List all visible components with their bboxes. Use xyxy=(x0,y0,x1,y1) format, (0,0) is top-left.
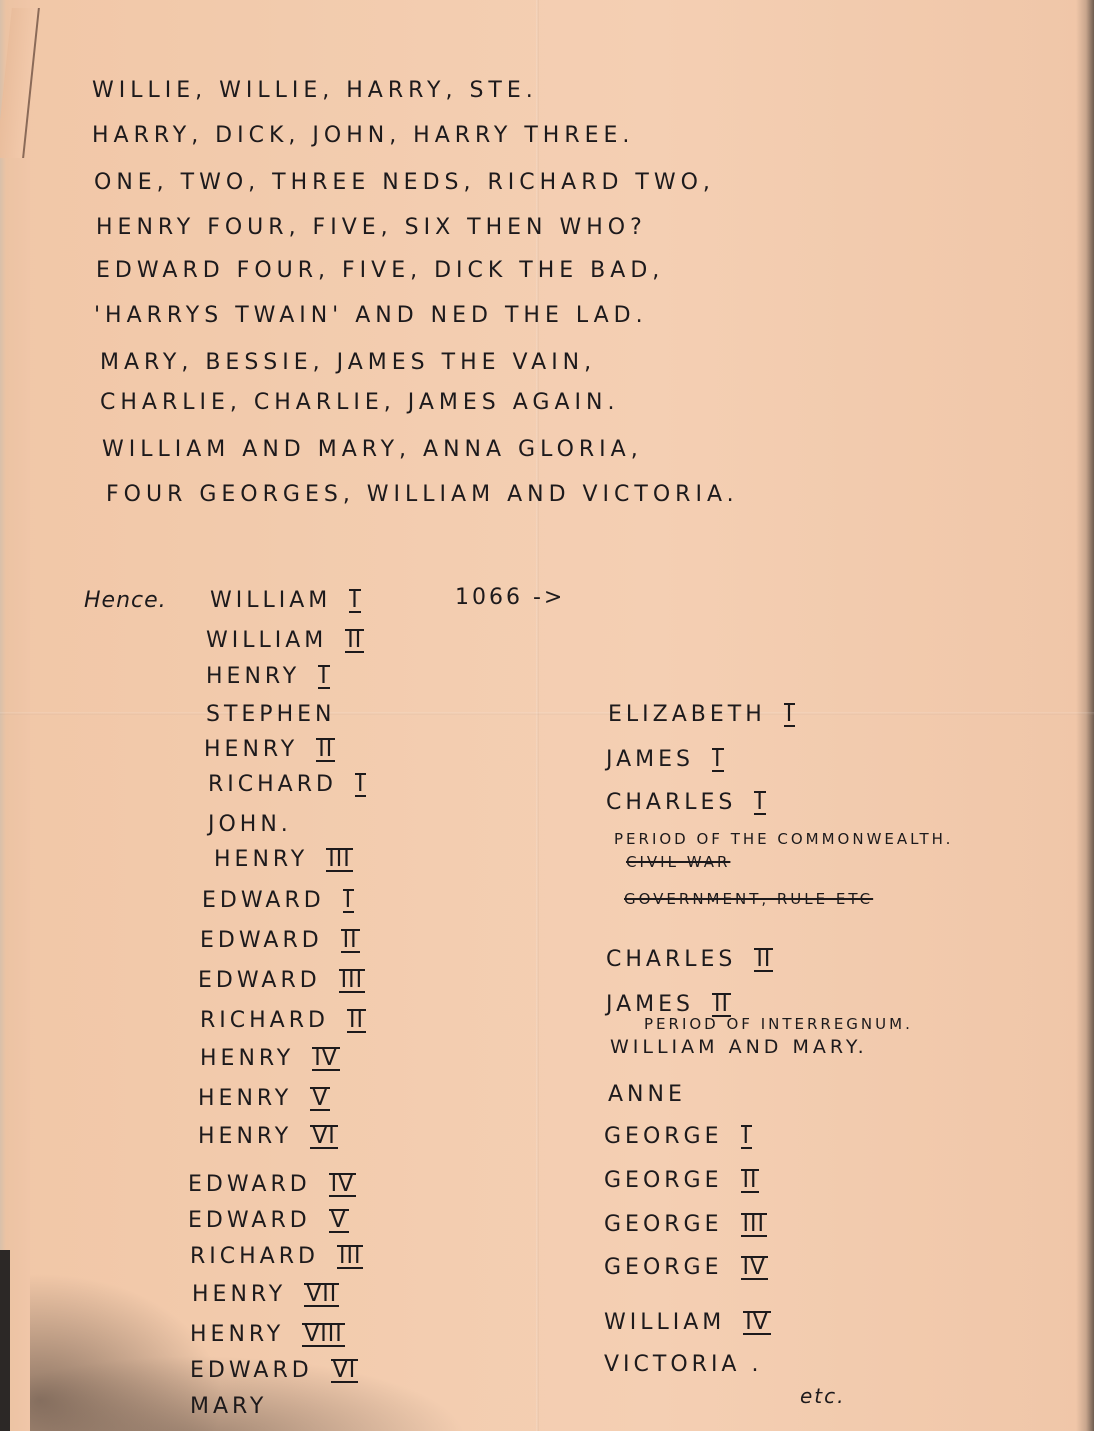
monarch-name: EDWARD xyxy=(198,968,321,993)
monarch-name: CHARLES xyxy=(606,790,736,815)
monarch-name: WILLIAM xyxy=(206,628,327,653)
monarch-entry: RICHARDI xyxy=(208,772,366,797)
monarch-entry: GEORGEIII xyxy=(604,1212,767,1237)
monarch-name: HENRY xyxy=(204,737,298,762)
monarch-entry: STEPHEN xyxy=(206,702,335,727)
regnal-numeral: VIII xyxy=(302,1323,345,1347)
regnal-numeral: II xyxy=(754,948,773,972)
regnal-numeral: III xyxy=(337,1245,363,1269)
monarch-name: EDWARD xyxy=(188,1172,311,1197)
monarch-entry: ANNE xyxy=(608,1082,686,1107)
regnal-numeral: II xyxy=(341,929,360,953)
monarch-name: HENRY xyxy=(214,847,308,872)
poem-line: ONE, TWO, THREE NEDS, RICHARD TWO, xyxy=(94,170,715,195)
poem-line: 'HARRYS TWAIN' AND NED THE LAD. xyxy=(94,303,648,328)
monarch-name: HENRY xyxy=(200,1046,294,1071)
monarch-name: GEORGE xyxy=(604,1212,723,1237)
monarch-name: WILLIAM xyxy=(210,588,331,613)
regnal-numeral: I xyxy=(318,665,330,689)
poem-line: CHARLIE, CHARLIE, JAMES AGAIN. xyxy=(100,390,619,415)
regnal-numeral: IV xyxy=(741,1256,769,1280)
monarch-name: JAMES xyxy=(606,992,694,1017)
scan-shadow xyxy=(0,1250,10,1431)
monarch-entry: JAMESII xyxy=(606,992,731,1017)
monarch-entry: WILLIAMII xyxy=(206,628,364,653)
regnal-numeral: II xyxy=(316,738,335,762)
monarch-entry: ELIZABETHI xyxy=(608,702,795,727)
regnal-numeral: VI xyxy=(331,1359,359,1383)
monarch-entry: WILLIAM AND MARY. xyxy=(610,1036,868,1058)
monarch-entry: EDWARDI xyxy=(202,888,354,913)
monarch-name: EDWARD xyxy=(188,1208,311,1233)
poem-line: WILLIAM AND MARY, ANNA GLORIA, xyxy=(102,437,643,462)
monarch-name: EDWARD xyxy=(190,1358,313,1383)
regnal-numeral: I xyxy=(754,791,766,815)
struck-out-note: GOVERNMENT, RULE ETC xyxy=(624,890,873,908)
monarch-entry: WILLIAMIV xyxy=(604,1310,771,1335)
monarch-entry: WILLIAMI xyxy=(210,588,361,613)
monarch-name: MARY xyxy=(190,1394,267,1419)
paper-left-edge xyxy=(0,0,30,1431)
monarch-entry: EDWARDII xyxy=(200,928,360,953)
monarch-entry: JAMESI xyxy=(606,747,724,772)
regnal-numeral: II xyxy=(345,629,364,653)
hence-label: Hence. xyxy=(84,588,167,613)
regnal-numeral: V xyxy=(329,1209,349,1233)
monarch-name: STEPHEN xyxy=(206,702,335,727)
monarch-name: EDWARD xyxy=(200,928,323,953)
regnal-numeral: I xyxy=(349,589,361,613)
monarch-name: HENRY xyxy=(206,664,300,689)
regnal-numeral: IV xyxy=(329,1173,357,1197)
monarch-name: ELIZABETH xyxy=(608,702,766,727)
monarch-name: GEORGE xyxy=(604,1124,723,1149)
monarch-entry: HENRYI xyxy=(206,664,330,689)
start-year: 1066 -> xyxy=(455,585,565,610)
regnal-numeral: II xyxy=(741,1169,760,1193)
monarch-name: GEORGE xyxy=(604,1255,723,1280)
monarch-entry: HENRYVIII xyxy=(190,1322,345,1347)
monarch-entry: CHARLESII xyxy=(606,947,773,972)
monarch-name: HENRY xyxy=(198,1124,292,1149)
monarch-entry: HENRYII xyxy=(204,737,335,762)
monarch-entry: EDWARDIV xyxy=(188,1172,356,1197)
monarch-name: JAMES xyxy=(606,747,694,772)
poem-line: HARRY, DICK, JOHN, HARRY THREE. xyxy=(92,123,634,148)
poem-line: MARY, BESSIE, JAMES THE VAIN, xyxy=(100,350,596,375)
regnal-numeral: I xyxy=(784,703,796,727)
monarch-name: HENRY xyxy=(198,1086,292,1111)
regnal-numeral: III xyxy=(326,848,352,872)
monarch-name: HENRY xyxy=(190,1322,284,1347)
regnal-numeral: I xyxy=(741,1125,753,1149)
interregnum-note: PERIOD OF INTERREGNUM. xyxy=(644,1015,913,1033)
monarch-entry: GEORGEI xyxy=(604,1124,752,1149)
monarch-name: JOHN. xyxy=(208,812,292,837)
monarch-entry: HENRYVII xyxy=(192,1282,339,1307)
monarch-name: RICHARD xyxy=(200,1008,329,1033)
regnal-numeral: VI xyxy=(310,1125,338,1149)
monarch-entry: RICHARDIII xyxy=(190,1244,363,1269)
monarch-entry: HENRYIV xyxy=(200,1046,340,1071)
monarch-name: WILLIAM xyxy=(604,1310,725,1335)
monarch-entry: RICHARDII xyxy=(200,1008,366,1033)
regnal-numeral: II xyxy=(347,1009,366,1033)
regnal-numeral: I xyxy=(343,889,355,913)
poem-line: EDWARD FOUR, FIVE, DICK THE BAD, xyxy=(96,258,664,283)
poem-line: HENRY FOUR, FIVE, SIX THEN WHO? xyxy=(96,215,647,240)
regnal-numeral: I xyxy=(355,773,367,797)
monarch-name: RICHARD xyxy=(190,1244,319,1269)
monarch-name: GEORGE xyxy=(604,1168,723,1193)
monarch-entry: EDWARDV xyxy=(188,1208,349,1233)
monarch-entry: HENRYIII xyxy=(214,847,353,872)
monarch-entry: CHARLESI xyxy=(606,790,766,815)
monarch-name: EDWARD xyxy=(202,888,325,913)
monarch-name: RICHARD xyxy=(208,772,337,797)
struck-out-note: CIVIL WAR xyxy=(626,853,730,871)
monarch-entry: GEORGEIV xyxy=(604,1255,768,1280)
regnal-numeral: III xyxy=(741,1213,767,1237)
monarch-entry: JOHN. xyxy=(208,812,292,837)
regnal-numeral: II xyxy=(712,993,731,1017)
horizontal-fold-crease xyxy=(0,712,1094,715)
monarch-entry: VICTORIA . xyxy=(604,1352,762,1377)
monarch-name: HENRY xyxy=(192,1282,286,1307)
monarch-entry: GEORGEII xyxy=(604,1168,759,1193)
regnal-numeral: I xyxy=(712,748,724,772)
poem-line: FOUR GEORGES, WILLIAM AND VICTORIA. xyxy=(106,482,739,507)
monarch-name: CHARLES xyxy=(606,947,736,972)
commonwealth-note: PERIOD OF THE COMMONWEALTH. xyxy=(614,830,953,848)
monarch-entry: HENRYV xyxy=(198,1086,330,1111)
regnal-numeral: IV xyxy=(743,1311,771,1335)
monarch-entry: HENRYVI xyxy=(198,1124,338,1149)
regnal-numeral: III xyxy=(339,969,365,993)
monarch-entry: MARY xyxy=(190,1394,267,1419)
regnal-numeral: IV xyxy=(312,1047,340,1071)
etc-note: etc. xyxy=(800,1384,846,1408)
regnal-numeral: V xyxy=(310,1087,330,1111)
monarch-entry: EDWARDIII xyxy=(198,968,365,993)
monarch-entry: EDWARDVI xyxy=(190,1358,358,1383)
regnal-numeral: VII xyxy=(304,1283,339,1307)
poem-line: WILLIE, WILLIE, HARRY, STE. xyxy=(92,78,538,103)
